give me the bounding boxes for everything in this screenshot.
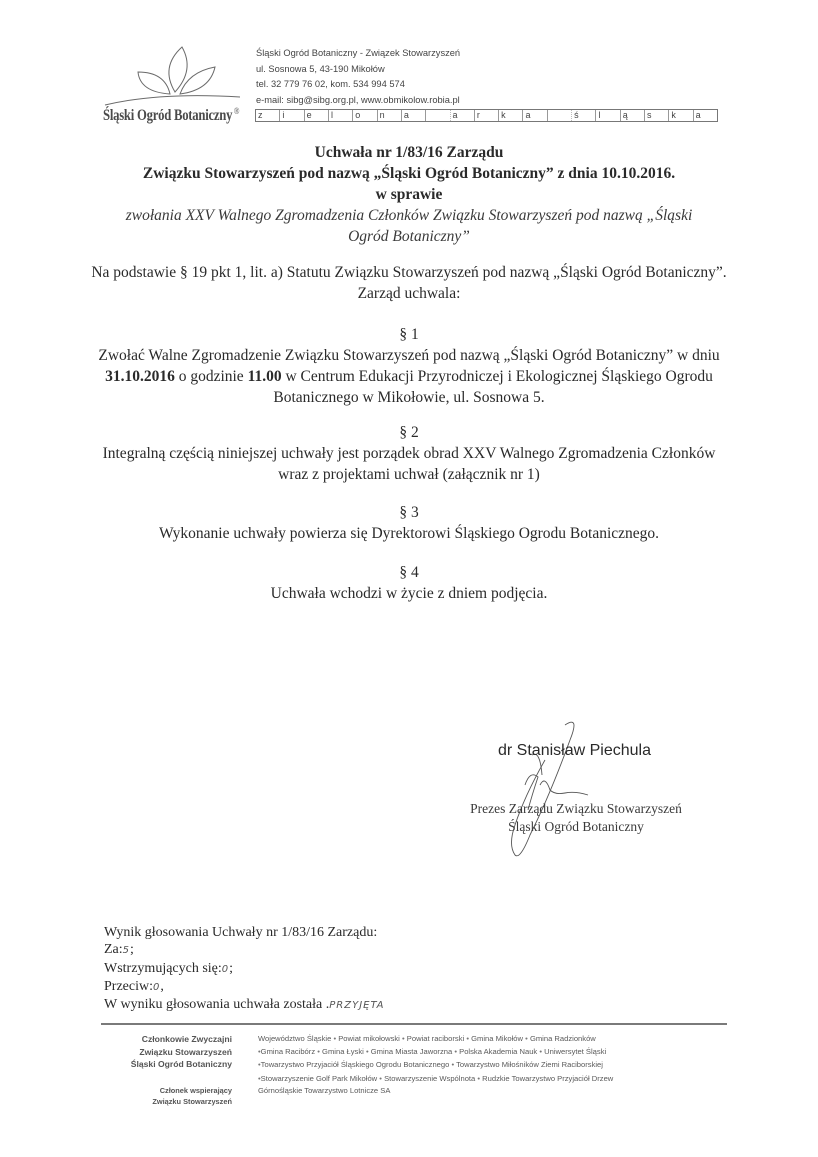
- paragraph-text: Zwołać Walne Zgromadzenie Związku Stowar…: [0, 345, 818, 366]
- member-name: Powiat raciborski: [407, 1034, 464, 1043]
- slogan-letter: s: [645, 110, 669, 121]
- paragraph-1: § 1 Zwołać Walne Zgromadzenie Związku St…: [0, 324, 818, 408]
- member-name: Gmina Racibórz: [261, 1047, 315, 1056]
- org-address: ul. Sosnowa 5, 43-190 Mikołów: [256, 62, 460, 78]
- member-name: Województwo Śląskie: [258, 1034, 331, 1043]
- slogan-letter: z: [256, 110, 280, 121]
- member-row: •Towarzystwo Przyjaciół Śląskiego Ogrodu…: [258, 1058, 613, 1071]
- paragraph-text: 31.10.2016 o godzinie 11.00 w Centrum Ed…: [0, 366, 818, 387]
- organization-logo: Śląski Ogród Botaniczny®: [100, 42, 250, 130]
- slogan-letter: o: [353, 110, 377, 121]
- vote-outcome: W wyniku głosowania uchwała została .PRZ…: [104, 996, 385, 1014]
- member-name: Stowarzyszenie Wspólnota: [384, 1074, 475, 1083]
- paragraph-sign: § 2: [0, 422, 818, 443]
- member-row: •Stowarzyszenie Golf Park Mikołów • Stow…: [258, 1072, 613, 1085]
- signatory-title-line-2: Śląski Ogród Botaniczny: [462, 818, 690, 836]
- slogan-letter: l: [329, 110, 353, 121]
- vote-for: Za:5;: [104, 941, 385, 959]
- paragraph-text: wraz z projektami uchwał (załącznik nr 1…: [0, 464, 818, 485]
- paragraph-sign: § 3: [0, 502, 818, 523]
- paragraph-text: Botanicznego w Mikołowie, ul. Sosnowa 5.: [0, 387, 818, 408]
- vote-for-value: 5: [123, 945, 130, 956]
- paragraph-text: Uchwała wchodzi w życie z dniem podjęcia…: [0, 583, 818, 604]
- meeting-time: 11.00: [248, 368, 282, 385]
- organization-contact: Śląski Ogród Botaniczny - Związek Stowar…: [256, 46, 460, 108]
- slogan-letter: ą: [621, 110, 645, 121]
- resolution-title: Uchwała nr 1/83/16 Zarządu Związku Stowa…: [0, 142, 818, 247]
- vote-abstain: Wstrzymujących się:0;: [104, 960, 385, 978]
- title-line-2: Związku Stowarzyszeń pod nazwą „Śląski O…: [0, 163, 818, 184]
- slogan-letter: e: [305, 110, 329, 121]
- legal-basis: Na podstawie § 19 pkt 1, lit. a) Statutu…: [0, 262, 818, 304]
- member-name: Towarzystwo Miłośników Ziemi Raciborskie…: [456, 1060, 603, 1069]
- logo-text: Śląski Ogród Botaniczny®: [103, 106, 239, 125]
- org-name: Śląski Ogród Botaniczny - Związek Stowar…: [256, 46, 460, 62]
- member-name: Uniwersytet Śląski: [544, 1047, 606, 1056]
- member-name: Gmina Mikołów: [471, 1034, 523, 1043]
- paragraph-sign: § 4: [0, 562, 818, 583]
- vote-against-value: 0: [153, 982, 160, 993]
- slogan-letter: r: [475, 110, 499, 121]
- vote-abstain-value: 0: [222, 964, 229, 975]
- member-name: Powiat mikołowski: [338, 1034, 400, 1043]
- handwritten-signature-icon: [470, 715, 590, 865]
- slogan-letter: i: [280, 110, 304, 121]
- org-email-web: e-mail: sibg@sibg.org.pl, www.obmikolow.…: [256, 93, 460, 109]
- board-resolves: Zarząd uchwala:: [0, 283, 818, 304]
- legal-basis-text: Na podstawie § 19 pkt 1, lit. a) Statutu…: [0, 262, 818, 283]
- vote-outcome-value: PRZYJĘTA: [329, 1000, 384, 1011]
- paragraph-4: § 4 Uchwała wchodzi w życie z dniem podj…: [0, 562, 818, 604]
- slogan-letter: k: [669, 110, 693, 121]
- member-name: Gmina Miasta Jaworzna: [371, 1047, 452, 1056]
- signatory-title-line-1: Prezes Zarządu Związku Stowarzyszeń: [462, 800, 690, 818]
- regular-members-label: Członkowie Zwyczajni Związku Stowarzysze…: [100, 1033, 232, 1071]
- slogan-letter: l: [596, 110, 620, 121]
- vote-against: Przeciw:0,: [104, 978, 385, 996]
- paragraph-sign: § 1: [0, 324, 818, 345]
- slogan-letter: [548, 110, 572, 121]
- slogan-letter: ś: [572, 110, 596, 121]
- org-phone: tel. 32 779 76 02, kom. 534 994 574: [256, 77, 460, 93]
- leaf-logo-icon: [100, 42, 250, 112]
- vote-heading: Wynik głosowania Uchwały nr 1/83/16 Zarz…: [104, 924, 385, 941]
- resolution-subject: zwołania XXV Walnego Zgromadzenia Członk…: [109, 205, 709, 247]
- footer-divider: [101, 1023, 727, 1025]
- member-name: Stowarzyszenie Golf Park Mikołów: [261, 1074, 377, 1083]
- slogan-letter: a: [402, 110, 426, 121]
- member-name: Towarzystwo Przyjaciół Śląskiego Ogrodu …: [261, 1060, 450, 1069]
- signatory-name: dr Stanisław Piechula: [498, 742, 651, 760]
- slogan-letter: n: [378, 110, 402, 121]
- member-row: •Gmina Racibórz • Gmina Łyski • Gmina Mi…: [258, 1045, 613, 1058]
- paragraph-2: § 2 Integralną częścią niniejszej uchwał…: [0, 422, 818, 485]
- member-name: Gmina Łyski: [322, 1047, 364, 1056]
- regular-members-list: Województwo Śląskie • Powiat mikołowski …: [258, 1032, 613, 1085]
- slogan-box: zielonaarkaśląska: [255, 109, 718, 122]
- vote-result: Wynik głosowania Uchwały nr 1/83/16 Zarz…: [104, 924, 385, 1014]
- member-row: Województwo Śląskie • Powiat mikołowski …: [258, 1032, 613, 1045]
- title-line-1: Uchwała nr 1/83/16 Zarządu: [0, 142, 818, 163]
- slogan-letter: k: [499, 110, 523, 121]
- slogan-letter: a: [523, 110, 547, 121]
- signatory-title: Prezes Zarządu Związku Stowarzyszeń Śląs…: [462, 800, 690, 836]
- member-name: Rudzkie Towarzystwo Przyjaciół Drzew: [482, 1074, 613, 1083]
- supporting-member-label: Członek wspierający Związku Stowarzyszeń: [100, 1085, 232, 1107]
- supporting-member: Górnośląskie Towarzystwo Lotnicze SA: [258, 1086, 390, 1095]
- member-name: Gmina Radzionków: [530, 1034, 596, 1043]
- slogan-letter: a: [451, 110, 475, 121]
- slogan-letter: a: [694, 110, 717, 121]
- title-line-3: w sprawie: [0, 184, 818, 205]
- paragraph-3: § 3 Wykonanie uchwały powierza się Dyrek…: [0, 502, 818, 544]
- paragraph-text: Integralną częścią niniejszej uchwały je…: [0, 443, 818, 464]
- meeting-date: 31.10.2016: [105, 368, 175, 385]
- slogan-letter: [426, 110, 450, 121]
- paragraph-text: Wykonanie uchwały powierza się Dyrektoro…: [0, 523, 818, 544]
- member-name: Polska Akademia Nauk: [459, 1047, 537, 1056]
